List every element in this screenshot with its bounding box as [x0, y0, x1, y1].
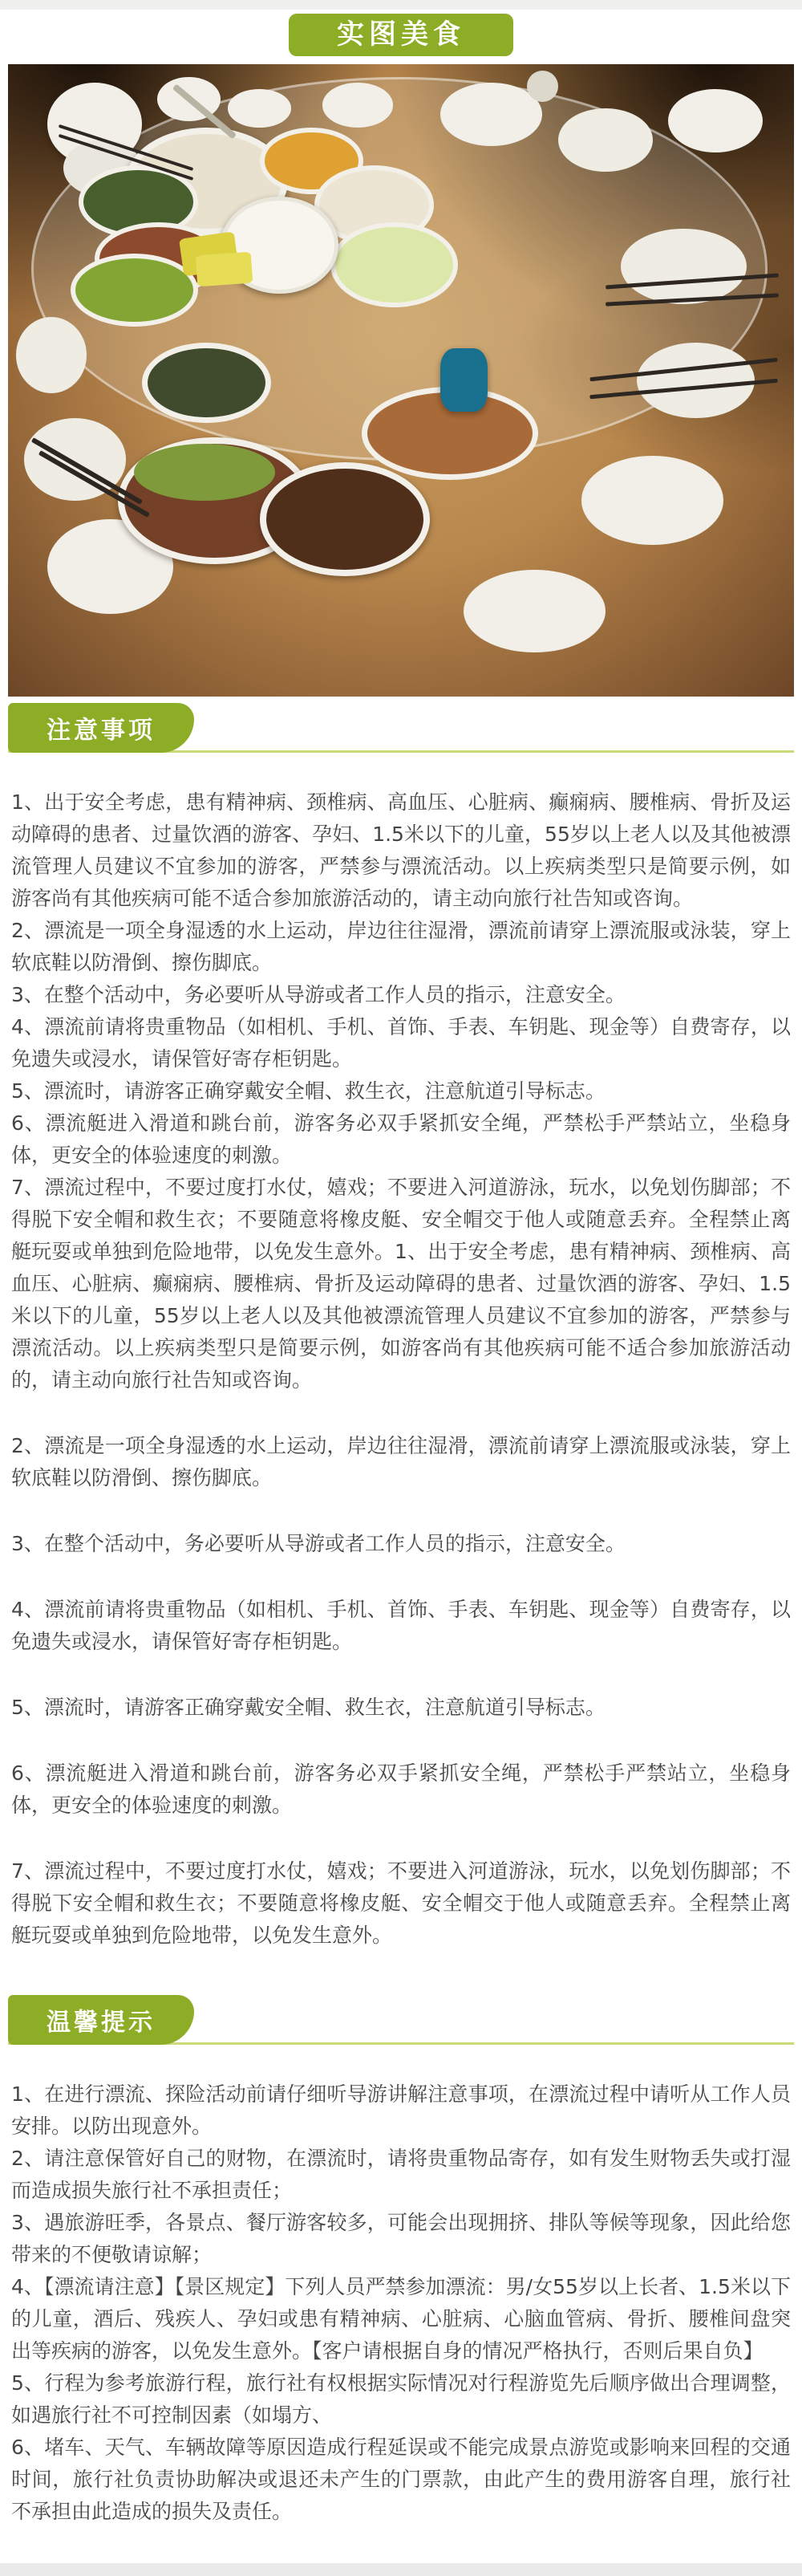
tips-paragraph: 6、堵车、天气、车辆故障等原因造成行程延误或不能完成景点游览或影响来回程的交通时…	[11, 2432, 791, 2528]
bowl-left-mid	[16, 317, 87, 393]
plate-bottom-left	[24, 418, 126, 500]
tips-text-block: 1、在进行漂流、探险活动前请仔细听导游讲解注意事项，在漂流过程中请听从工作人员安…	[11, 2078, 791, 2528]
notice-paragraph: 7、漂流过程中，不要过度打水仗，嬉戏；不要进入河道游泳，玩水，以免划伤脚部；不得…	[11, 1172, 791, 1396]
cabbage-dish	[330, 222, 458, 308]
notice-paragraph: 4、漂流前请将贵重物品（如相机、手机、首饰、手表、车钥匙、现金等）自费寄存，以免…	[11, 1594, 791, 1658]
plate-top-right-3	[668, 89, 763, 152]
notice-paragraph: 3、在整个活动中，务必要听从导游或者工作人员的指示，注意安全。	[11, 1528, 791, 1560]
section-tips-header: 温馨提示	[8, 1995, 794, 2050]
notice-paragraph: 3、在整个活动中，务必要听从导游或者工作人员的指示，注意安全。	[11, 979, 791, 1011]
condiment-blue-jar	[440, 348, 488, 412]
plate-right-2	[637, 343, 755, 419]
napkin-packet-2	[196, 252, 253, 287]
tips-paragraph: 1、在进行漂流、探险活动前请仔细听导游讲解注意事项，在漂流过程中请听从工作人员安…	[11, 2078, 791, 2143]
notice-badge: 注意事项	[8, 703, 194, 753]
cucumber-dish	[71, 254, 198, 327]
plate-right-3	[581, 456, 723, 544]
tips-paragraph: 4、【漂流请注意】【景区规定】下列人员严禁参加漂流：男/女55岁以上长者、1.5…	[11, 2271, 791, 2367]
notice-text-block: 1、出于安全考虑，患有精神病、颈椎病、高血压、心脏病、癫痫病、腰椎病、骨折及运动…	[11, 786, 791, 1952]
food-photo	[8, 64, 794, 697]
top-strip	[0, 0, 802, 10]
bowl-top-2	[228, 89, 290, 127]
section-notice-header: 注意事项	[8, 703, 794, 758]
braised-pork-scallion-topping	[134, 444, 275, 501]
dark-vegetable-boat-dish	[142, 343, 271, 424]
bowl-top-3	[322, 83, 393, 127]
plate-right-1	[621, 229, 747, 305]
food-photo-canvas	[8, 64, 794, 697]
tips-paragraph: 5、行程为参考旅游行程，旅行社有权根据实际情况对行程游览先后顺序做出合理调整，如…	[11, 2367, 791, 2432]
notice-paragraph: 1、出于安全考虑，患有精神病、颈椎病、高血压、心脏病、癫痫病、腰椎病、骨折及运动…	[11, 786, 791, 915]
notice-paragraph: 7、漂流过程中，不要过度打水仗，嬉戏；不要进入河道游泳，玩水，以免划伤脚部；不得…	[11, 1855, 791, 1952]
notice-paragraph: 2、漂流是一项全身湿透的水上运动，岸边往往湿滑，漂流前请穿上漂流服或泳装，穿上软…	[11, 1430, 791, 1494]
tips-badge: 温馨提示	[8, 1995, 194, 2045]
tea-glass	[527, 71, 558, 102]
spacer	[0, 1952, 802, 1989]
plate-top-right-2	[558, 108, 653, 172]
plate-top-right-1	[440, 83, 542, 146]
notice-paragraph: 2、漂流是一项全身湿透的水上运动，岸边往往湿滑，漂流前请穿上漂流服或泳装，穿上软…	[11, 915, 791, 979]
tips-paragraph: 3、遇旅游旺季，各景点、餐厅游客较多，可能会出现拥挤、排队等候等现象，因此给您带…	[11, 2207, 791, 2271]
title-row: 实图美食	[0, 14, 802, 56]
notice-paragraph: 5、漂流时，请游客正确穿戴安全帽、救生衣，注意航道引导标志。	[11, 1692, 791, 1724]
bottom-strip	[0, 2563, 802, 2576]
roast-duck-plate	[260, 462, 430, 576]
notice-paragraph: 6、漂流艇进入滑道和跳台前，游客务必双手紧抓安全绳，严禁松手严禁站立，坐稳身体，…	[11, 1757, 791, 1822]
tips-paragraph: 2、请注意保管好自己的财物，在漂流时，请将贵重物品寄存，如有发生财物丢失或打湿而…	[11, 2143, 791, 2207]
page-title: 实图美食	[289, 14, 513, 56]
notice-paragraph: 4、漂流前请将贵重物品（如相机、手机、首饰、手表、车钥匙、现金等）自费寄存，以免…	[11, 1011, 791, 1075]
notice-paragraph: 6、漂流艇进入滑道和跳台前，游客务必双手紧抓安全绳，严禁松手严禁站立，坐稳身体，…	[11, 1107, 791, 1172]
notice-paragraph: 5、漂流时，请游客正确穿戴安全帽、救生衣，注意航道引导标志。	[11, 1075, 791, 1107]
plate-bottom-right	[464, 570, 605, 652]
